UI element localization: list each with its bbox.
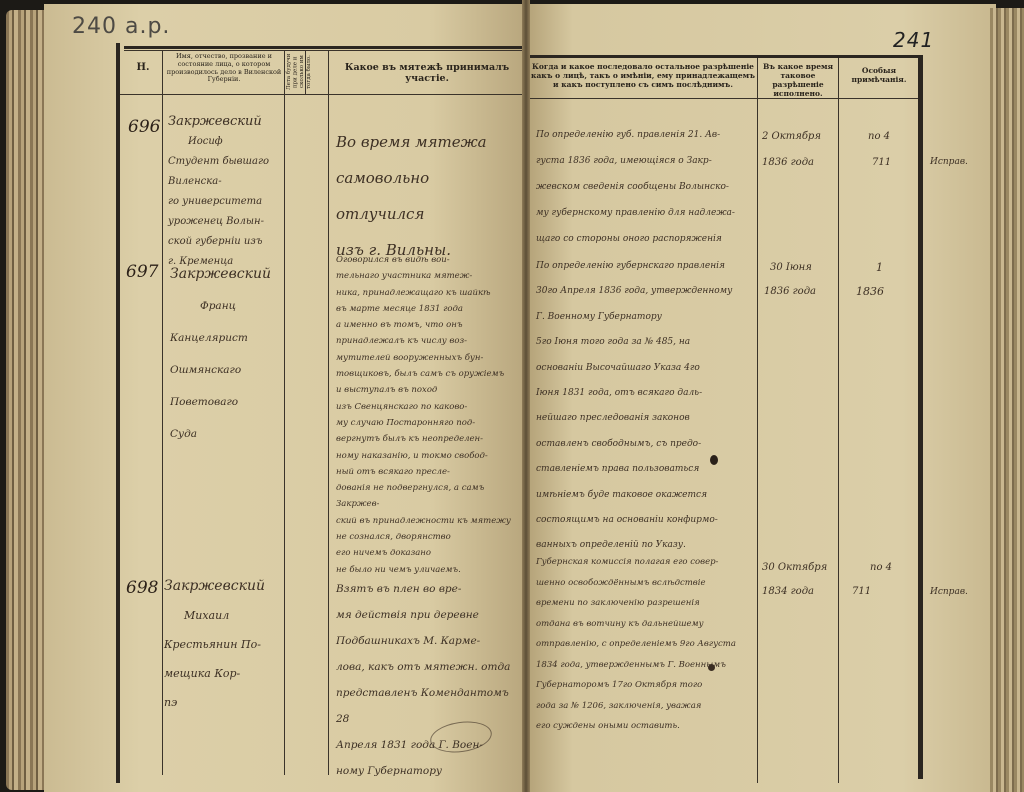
entry-participation: Оговорился въ видѣ вои- тельнаго участни… bbox=[336, 252, 524, 578]
resolution-line: 5го Іюня того года за № 485, на bbox=[536, 330, 758, 355]
notes-line: 711 bbox=[846, 580, 916, 604]
entry-number: 697 bbox=[126, 262, 158, 282]
header-number: Н. bbox=[124, 62, 162, 74]
left-col-divider-2 bbox=[284, 50, 285, 775]
participation-line: мутителей вооруженныхъ бун- bbox=[336, 350, 524, 366]
resolution-line: 30го Апреля 1836 года, утвержденному bbox=[536, 279, 758, 304]
participation-line: Во время мятежа bbox=[336, 124, 522, 160]
left-col-divider-1 bbox=[162, 50, 163, 775]
margin-note: Исправ. bbox=[930, 578, 968, 606]
resolution-line: состоящимъ на основаніи конфирмо- bbox=[536, 508, 758, 533]
entry-executed: 2 Октября 1836 года bbox=[762, 124, 838, 176]
ink-blot bbox=[708, 664, 715, 671]
left-outer-border bbox=[116, 43, 120, 783]
participation-line: Взятъ въ плен во вре- bbox=[336, 576, 524, 602]
participation-line: ному Губернатору bbox=[336, 758, 524, 784]
executed-line: 30 Іюня bbox=[764, 256, 840, 280]
left-col-divider-3 bbox=[328, 50, 329, 775]
resolution-line: отдана въ вотчину къ дальнейшему bbox=[536, 614, 758, 635]
book-edge-right bbox=[990, 8, 1024, 792]
resolution-line: жевском сведенія сообщены Волынско- bbox=[536, 174, 758, 200]
name-line: го университета bbox=[168, 192, 284, 212]
resolution-line: густа 1836 года, имеющіяся о Закр- bbox=[536, 148, 758, 174]
name-line: Ошмянскаго bbox=[170, 354, 284, 386]
left-page-number: 240 а.р. bbox=[72, 14, 170, 39]
notes-line: 1 bbox=[846, 256, 916, 280]
name-line: Закржевский bbox=[170, 258, 284, 290]
resolution-line: По определенію губ. правленія 21. Ав- bbox=[536, 122, 758, 148]
participation-line: Подбашникахъ М. Карме- bbox=[336, 628, 524, 654]
entry-participation: Взятъ въ плен во вре- мя действія при де… bbox=[336, 576, 524, 784]
notes-line: по 4 bbox=[848, 124, 918, 150]
resolution-line: основаніи Высочайшаго Указа 4го bbox=[536, 356, 758, 381]
entry-notes: по 4 711 bbox=[848, 124, 918, 176]
left-header-top-rule bbox=[124, 46, 522, 49]
resolution-line: оставленъ свободнымъ, съ предо- bbox=[536, 432, 758, 457]
name-line: Иосиф bbox=[168, 132, 284, 152]
notes-line: по 4 bbox=[846, 556, 916, 580]
resolution-line: По определенію губернскаго правленія bbox=[536, 254, 758, 279]
name-line: Крестьянин По- bbox=[164, 630, 284, 659]
ink-blot bbox=[710, 455, 718, 465]
entry-notes: 1 1836 bbox=[846, 256, 916, 304]
name-line: мещика Кор- bbox=[164, 659, 284, 688]
name-line: Канцелярист bbox=[170, 322, 284, 354]
right-header-bottom-rule bbox=[530, 98, 920, 99]
entry-participation: Во время мятежа самовольно отлучился изъ… bbox=[336, 124, 522, 268]
resolution-line: щаго со стороны оного распоряженія bbox=[536, 226, 758, 252]
right-header-top-rule bbox=[530, 55, 920, 58]
header-age: Лета будучи при деле и сколько им тогда … bbox=[286, 52, 304, 92]
participation-line: ный отъ всякаго пресле- bbox=[336, 464, 524, 480]
header-executed: Въ какое время таковое разрѣшеніе исполн… bbox=[759, 62, 837, 98]
executed-line: 1836 года bbox=[762, 150, 838, 176]
name-line: Франц bbox=[170, 290, 284, 322]
entry-executed: 30 Іюня 1836 года bbox=[764, 256, 840, 304]
resolution-line: отправленію, с определеніемъ 9го Августа bbox=[536, 634, 758, 655]
executed-line: 1834 года bbox=[762, 580, 838, 604]
resolution-line: времени по заключенію разрешенія bbox=[536, 593, 758, 614]
resolution-line: года за № 1206, заключенія, уважая bbox=[536, 696, 758, 717]
participation-line: и выступалъ въ поход bbox=[336, 382, 524, 398]
entry-resolution: По определенію губ. правленія 21. Ав- гу… bbox=[536, 122, 758, 252]
name-line: Поветоваго bbox=[170, 386, 284, 418]
entry-number: 698 bbox=[126, 578, 158, 598]
participation-line: ника, принадлежащаго къ шайкѣ bbox=[336, 285, 524, 301]
executed-line: 30 Октября bbox=[762, 556, 838, 580]
participation-line: товщиковъ, былъ самъ съ оружіемъ bbox=[336, 366, 524, 382]
resolution-line: имѣніемъ буде таковое окажется bbox=[536, 483, 758, 508]
participation-line: ному наказанію, и токмо свобод- bbox=[336, 448, 524, 464]
participation-line: представленъ Комендантомъ 28 bbox=[336, 680, 524, 732]
margin-note: Исправ. bbox=[930, 148, 968, 176]
left-header-bottom-rule bbox=[120, 94, 522, 95]
entry-resolution: По определенію губернскаго правленія 30г… bbox=[536, 254, 758, 559]
participation-line: лова, какъ отъ мятежн. отда bbox=[336, 654, 524, 680]
resolution-line: Іюня 1831 года, отъ всякаго даль- bbox=[536, 381, 758, 406]
participation-line: принадлежалъ къ числу воз- bbox=[336, 333, 524, 349]
right-outer-border bbox=[918, 55, 923, 779]
header-name: Имя, отчество, прозвание и состояние лиц… bbox=[166, 53, 282, 84]
executed-line: 1836 года bbox=[764, 280, 840, 304]
name-line: ской губерніи изъ bbox=[168, 232, 284, 252]
name-line: пэ bbox=[164, 688, 284, 717]
participation-line: не сознался, дворянство bbox=[336, 529, 524, 545]
resolution-line: ставленіемъ права пользоваться bbox=[536, 457, 758, 482]
participation-line: а именно въ томъ, что онъ bbox=[336, 317, 524, 333]
notes-line: 1836 bbox=[846, 280, 916, 304]
participation-line: самовольно отлучился bbox=[336, 160, 522, 232]
resolution-line: Губернаторомъ 17го Октября того bbox=[536, 675, 758, 696]
name-line: Суда bbox=[170, 418, 284, 450]
entry-notes: по 4 711 bbox=[846, 556, 916, 604]
participation-line: тельнаго участника мятеж- bbox=[336, 268, 524, 284]
entry-name: Закржевский Франц Канцелярист Ошмянскаго… bbox=[170, 258, 284, 450]
resolution-line: нейшаго преследованія законов bbox=[536, 406, 758, 431]
name-line: Закржевский bbox=[168, 112, 284, 132]
executed-line: 2 Октября bbox=[762, 124, 838, 150]
resolution-line: му губернскому правленію для надлежа- bbox=[536, 200, 758, 226]
name-line: Михаил bbox=[164, 601, 284, 630]
ledger-book: 240 а.р. 241 Н. Имя, отчество, прозвание… bbox=[0, 0, 1024, 792]
name-line: Студент бывшаго Виленска- bbox=[168, 152, 284, 192]
participation-line: му случаю Постаронняго под- bbox=[336, 415, 524, 431]
participation-line: ский въ принадлежности къ мятежу bbox=[336, 513, 524, 529]
name-line: уроженец Волын- bbox=[168, 212, 284, 232]
resolution-line: его суждены оными оставить. bbox=[536, 716, 758, 737]
right-page-number: 241 bbox=[893, 28, 934, 52]
participation-line: въ марте месяце 1831 года bbox=[336, 301, 524, 317]
header-participation: Какое въ мятежѣ принималъ участіе. bbox=[332, 62, 522, 85]
participation-line: мя действія при деревне bbox=[336, 602, 524, 628]
name-line: Закржевский bbox=[164, 572, 284, 601]
entry-executed: 30 Октября 1834 года bbox=[762, 556, 838, 604]
participation-line: дованія не подвергнулся, а самъ Закржев- bbox=[336, 480, 524, 513]
resolution-line: 1834 года, утвержденнымъ Г. Военнымъ bbox=[536, 655, 758, 676]
participation-line: изъ Свенцянскаго по каково- bbox=[336, 399, 524, 415]
entry-number: 696 bbox=[128, 117, 160, 137]
right-col-divider-2 bbox=[838, 58, 839, 783]
header-resolution: Когда и какое последовало остальное разр… bbox=[530, 62, 756, 89]
resolution-line: Губернская комиссія полагая его совер- bbox=[536, 552, 758, 573]
participation-line: Оговорился въ видѣ вои- bbox=[336, 252, 524, 268]
entry-name: Закржевский Иосиф Студент бывшаго Виленс… bbox=[168, 112, 284, 272]
resolution-line: Г. Военному Губернатору bbox=[536, 305, 758, 330]
participation-line: вергнутъ былъ къ неопределен- bbox=[336, 431, 524, 447]
participation-line: его ничемъ доказано bbox=[336, 545, 524, 561]
left-header-top-rule-2 bbox=[124, 50, 522, 51]
resolution-line: шенно освобождённымъ вслѣдствіе bbox=[536, 573, 758, 594]
notes-line: 711 bbox=[848, 150, 918, 176]
entry-name: Закржевский Михаил Крестьянин По- мещика… bbox=[164, 572, 284, 717]
entry-resolution: Губернская комиссія полагая его совер- ш… bbox=[536, 552, 758, 737]
header-notes: Особыя примѣчанія. bbox=[840, 66, 918, 84]
